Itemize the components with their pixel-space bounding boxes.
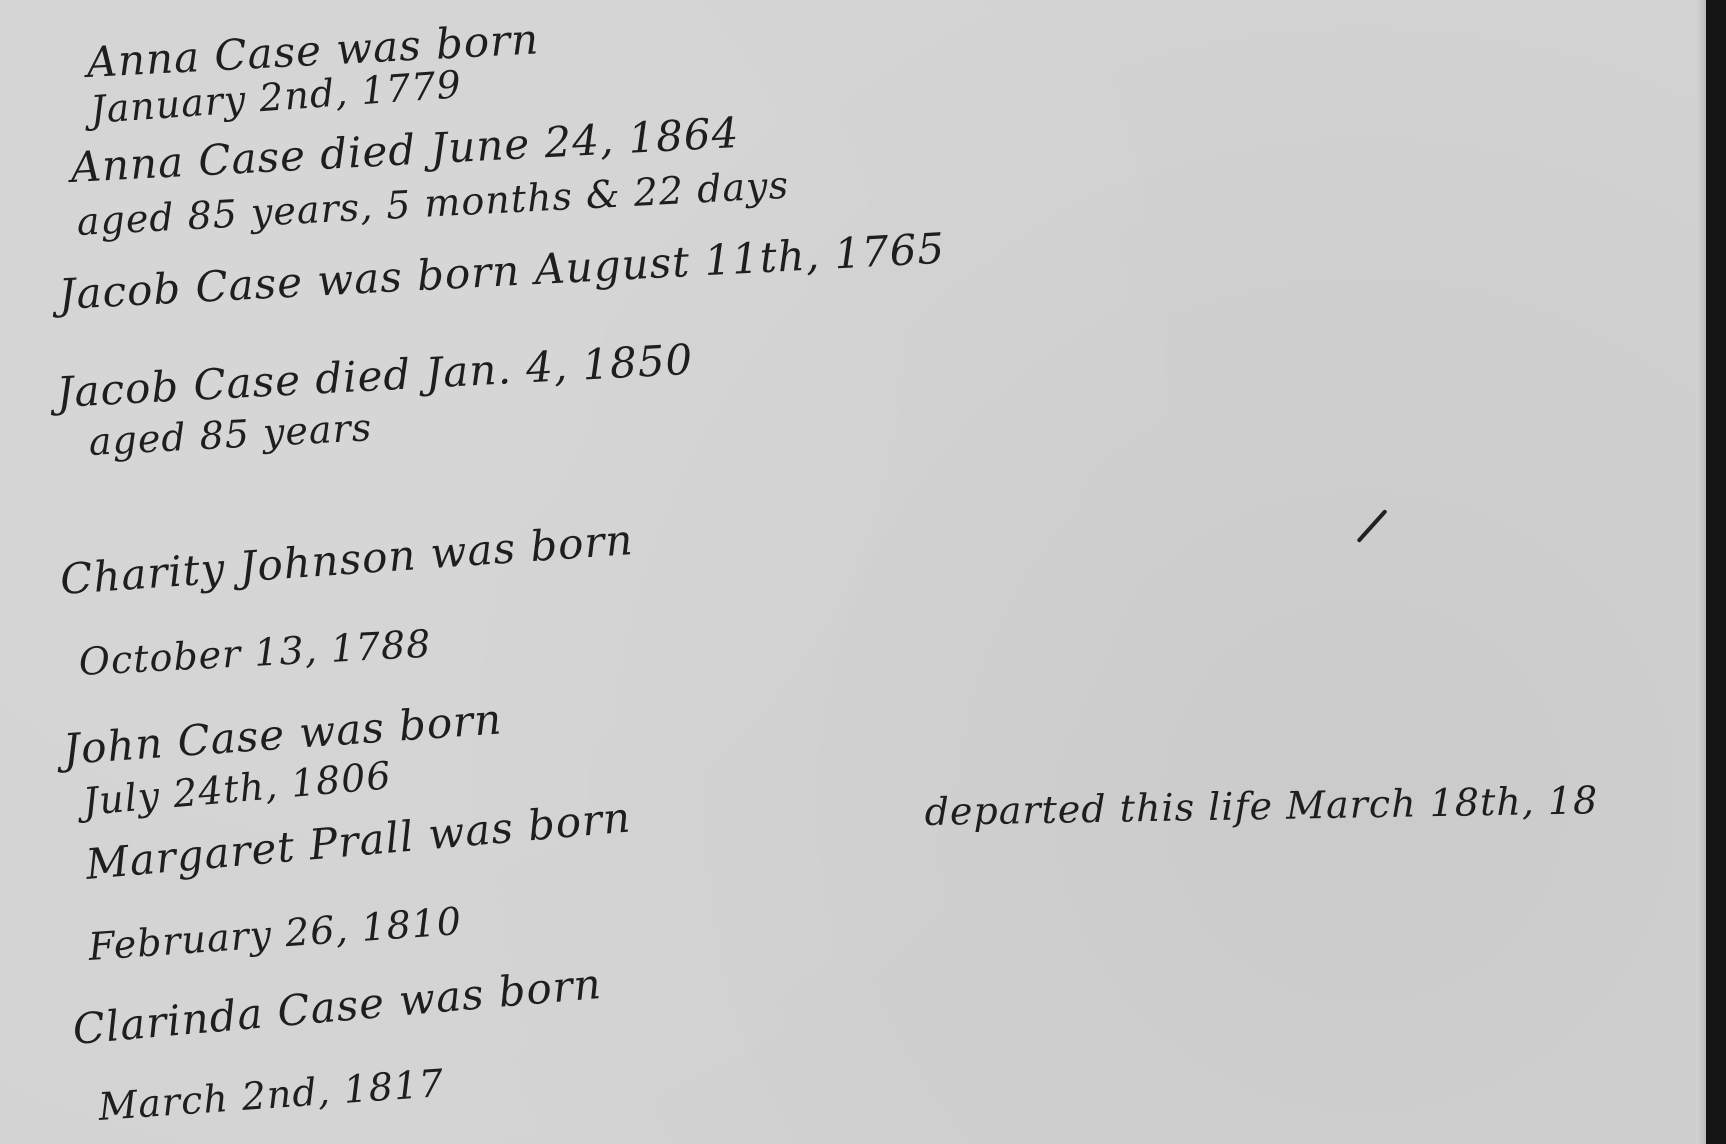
entry-charity-birth-line1: Charity Johnson was born <box>59 515 635 604</box>
margin-note-departed: departed this life March 18th, 18 <box>924 778 1598 834</box>
document-page: Anna Case was born January 2nd, 1779 Ann… <box>0 0 1706 1144</box>
entry-margaret-birth-line2: February 26, 1810 <box>87 899 463 969</box>
entry-charity-birth-line2: October 13, 1788 <box>78 622 433 684</box>
scan-border <box>1706 0 1726 1144</box>
entry-clarinda-birth-line2: March 2nd, 1817 <box>97 1061 446 1129</box>
entry-jacob-death-line1: Jacob Case died Jan. 4, 1850 <box>55 335 694 417</box>
stray-pen-mark <box>1356 509 1387 543</box>
entry-jacob-death-line2: aged 85 years <box>88 405 374 464</box>
entry-clarinda-birth-line1: Clarinda Case was born <box>71 959 604 1054</box>
